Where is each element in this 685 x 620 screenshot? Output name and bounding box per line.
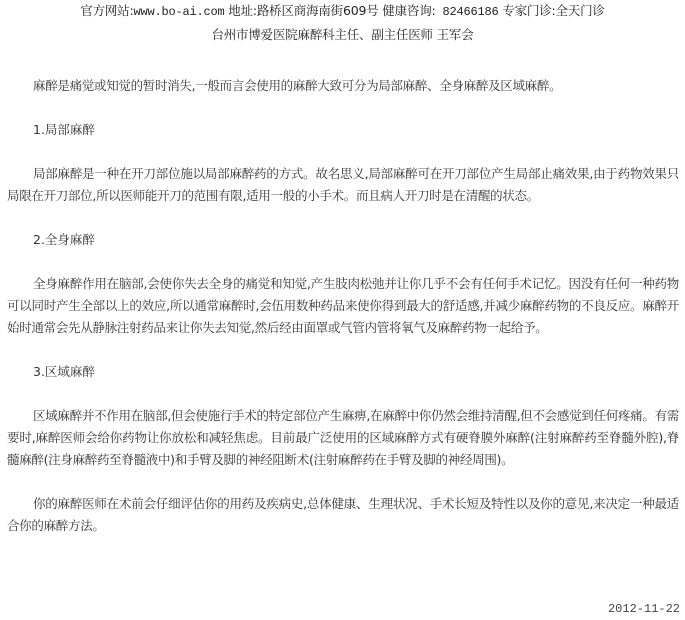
intro-paragraph: 麻醉是痛觉或知觉的暂时消失,一般而言会使用的麻醉大致可分为局部麻醉、全身麻醉及区…	[7, 75, 679, 97]
section-body-local: 局部麻醉是一种在开刀部位施以局部麻醉药的方式。故名思义,局部麻醉可在开刀部位产生…	[7, 163, 679, 207]
author-line: 台州市博爱医院麻醉科主任、副主任医师 王军会	[0, 25, 685, 43]
phone-number: 82466186	[436, 5, 499, 19]
section-heading-general: 2.全身麻醉	[7, 229, 679, 251]
address-text: 地址:路桥区商海南街609号 健康咨询:	[225, 3, 436, 18]
section-body-general: 全身麻醉作用在脑部,会使你失去全身的痛觉和知觉,产生肢肉松弛并让你几乎不会有任何…	[7, 273, 679, 339]
contact-info-line: 官方网站:www.bo-ai.com 地址:路桥区商海南街609号 健康咨询: …	[0, 1, 685, 19]
website-link[interactable]: www.bo-ai.com	[133, 5, 224, 19]
closing-paragraph: 你的麻醉医师在术前会仔细评估你的用药及疾病史,总体健康、生理状况、手术长短及特性…	[7, 493, 679, 537]
article-body: 麻醉是痛觉或知觉的暂时消失,一般而言会使用的麻醉大致可分为局部麻醉、全身麻醉及区…	[7, 75, 679, 537]
section-heading-local: 1.局部麻醉	[7, 119, 679, 141]
publish-date: 2012-11-22	[608, 602, 680, 616]
section-body-regional: 区域麻醉并不作用在脑部,但会使施行手术的特定部位产生麻痹,在麻醉中你仍然会维持清…	[7, 405, 679, 471]
clinic-hours: 专家门诊:全天门诊	[499, 3, 605, 18]
website-label: 官方网站:	[80, 3, 133, 18]
section-heading-regional: 3.区域麻醉	[7, 361, 679, 383]
